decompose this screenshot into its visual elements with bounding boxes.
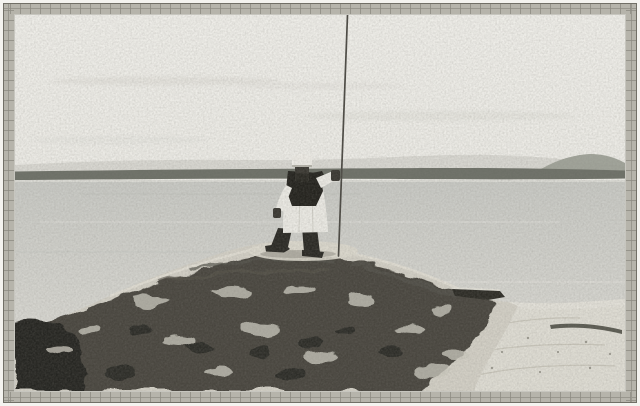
photo-plate-svg bbox=[0, 0, 640, 406]
photograph bbox=[15, 15, 625, 391]
halftone-photo-plate bbox=[0, 0, 640, 406]
halftone-grain bbox=[15, 15, 625, 391]
